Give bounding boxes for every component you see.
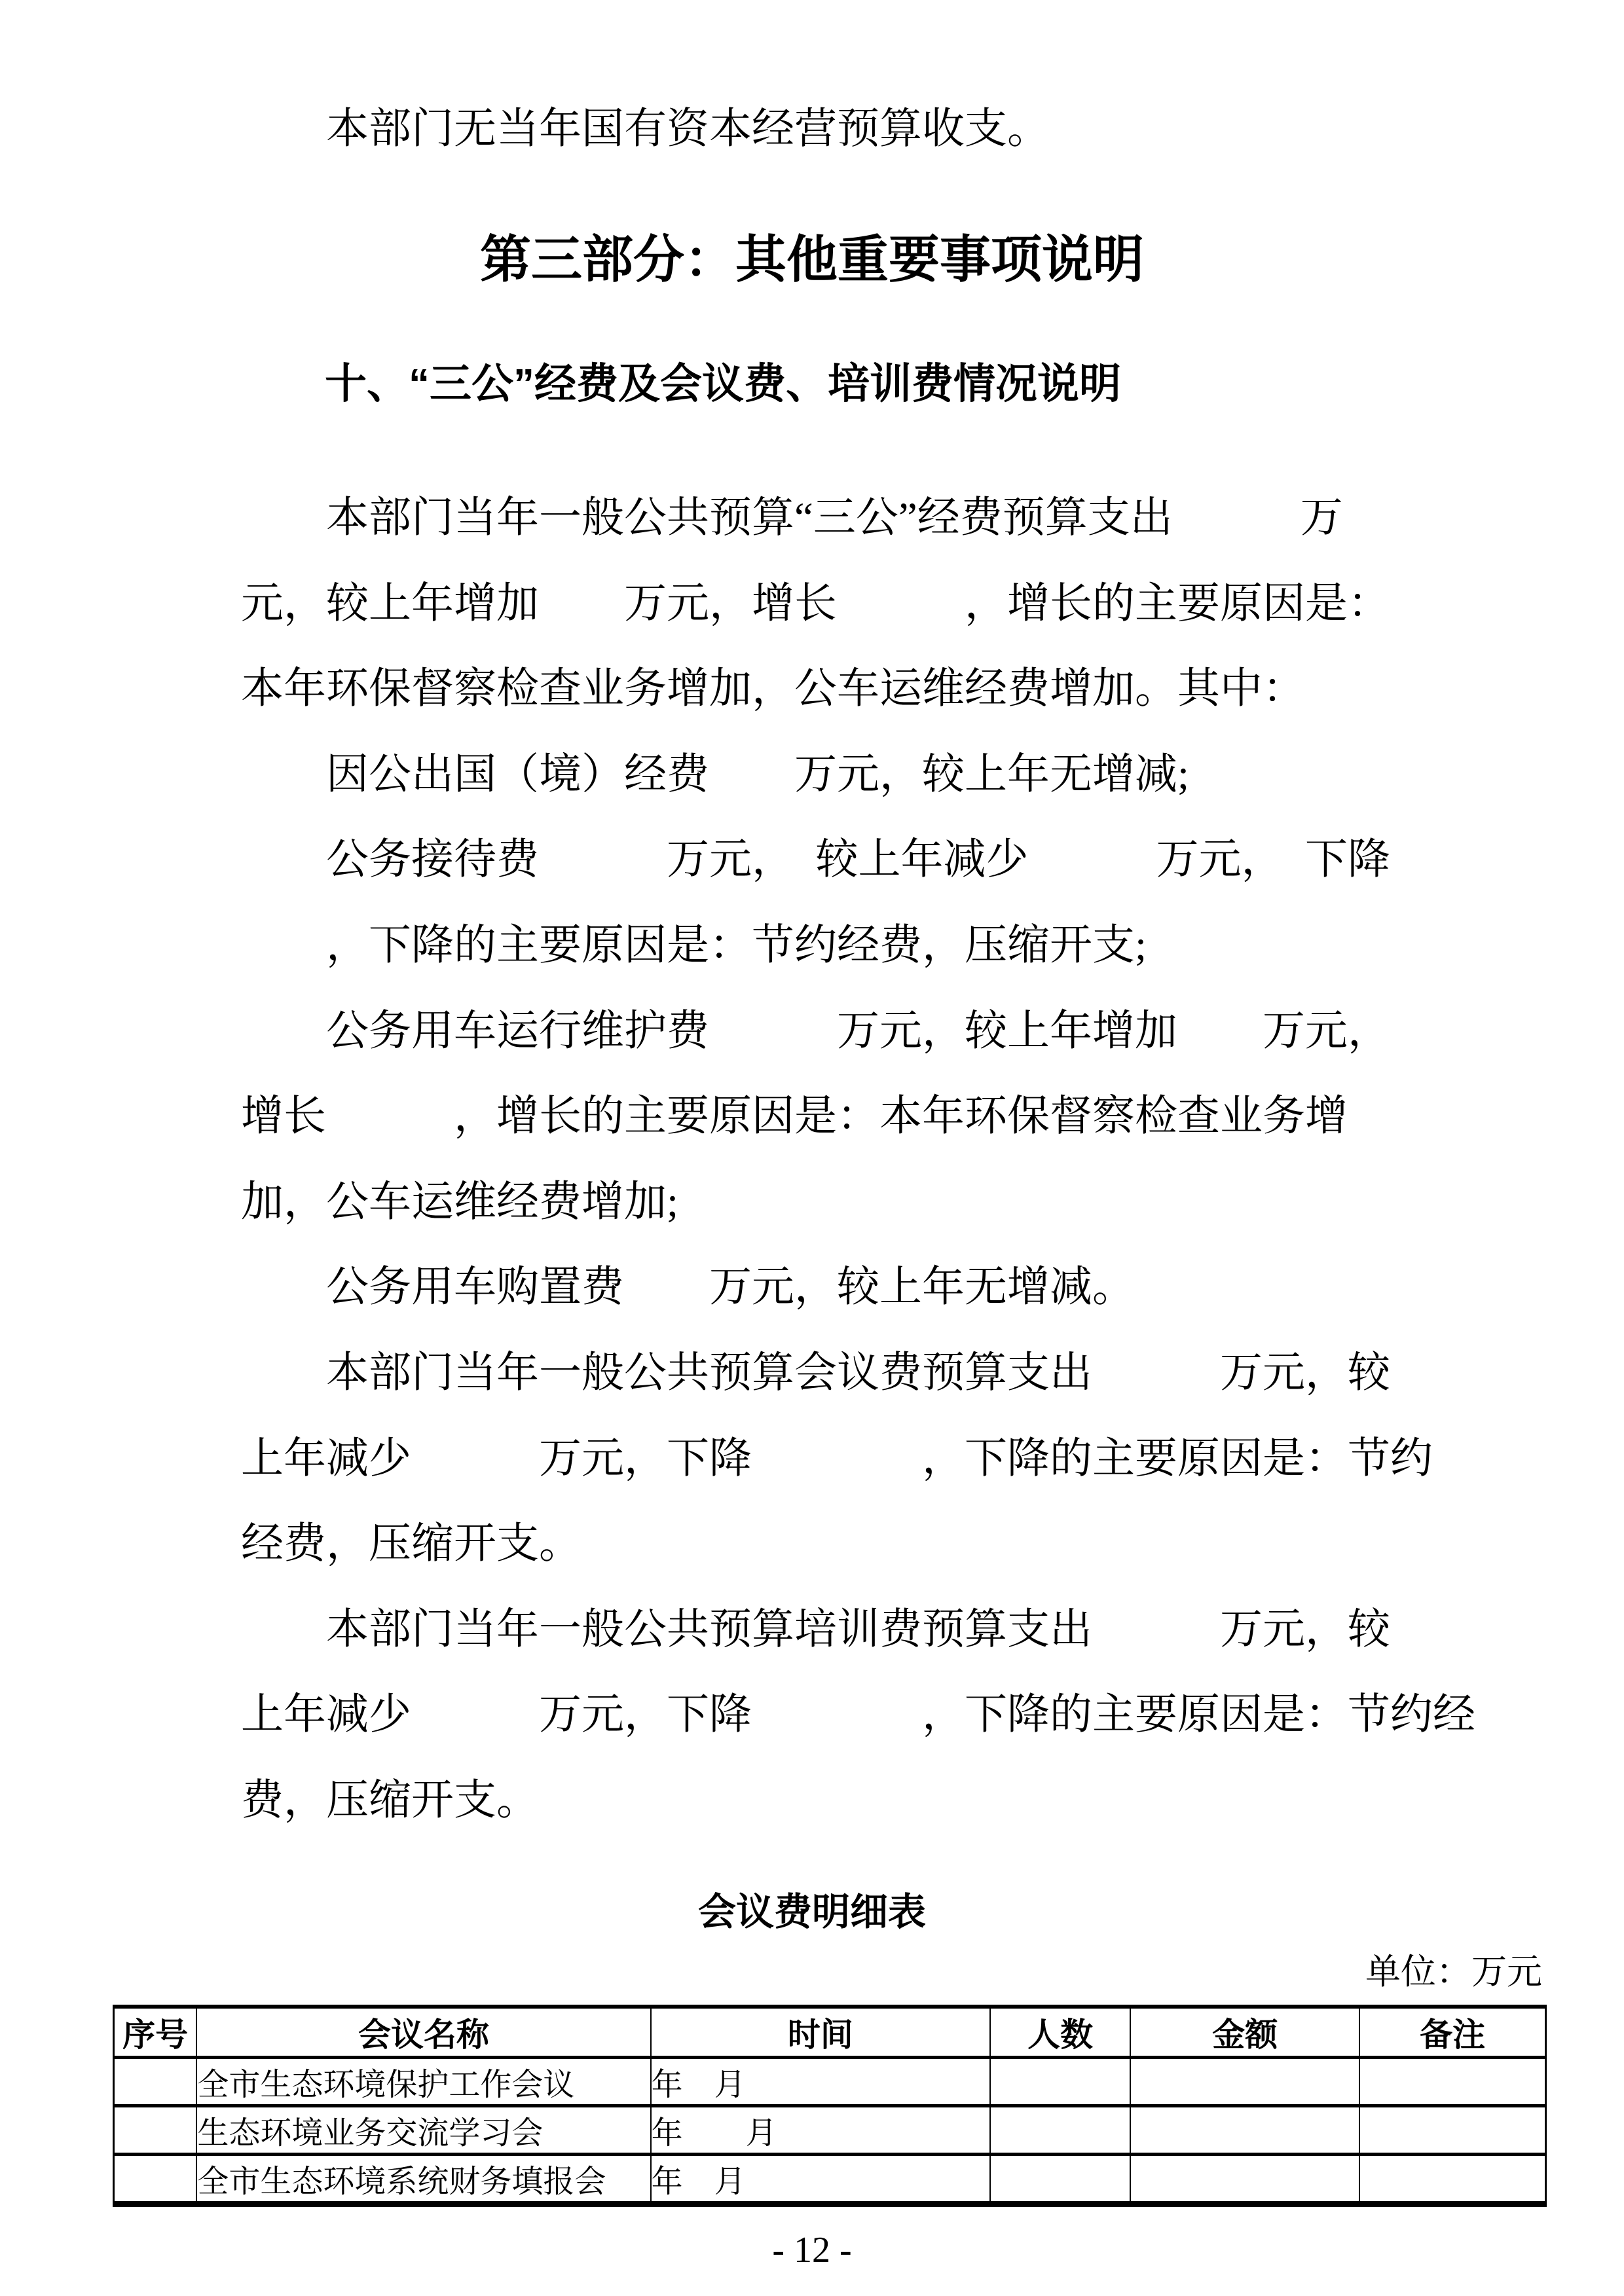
table-cell: [1130, 2155, 1359, 2204]
body-line: 本部门当年一般公共预算培训费预算支出 万元，较: [241, 1587, 1428, 1673]
table-header-cell: 人数: [990, 2007, 1130, 2058]
section-heading: 第三部分：其他重要事项说明: [0, 230, 1624, 289]
table-row: 生态环境业务交流学习会 年 月: [114, 2106, 1546, 2155]
table-header-cell: 时间: [651, 2007, 990, 2058]
body-line: ，下降的主要原因是：节约经费，压缩开支;: [241, 903, 1428, 989]
table-cell: [990, 2106, 1130, 2155]
body-text: 本部门当年一般公共预算“三公”经费预算支出 万 元，较上年增加 万元，增长 ，增…: [241, 475, 1428, 1844]
table-header-cell: 序号: [114, 2007, 197, 2058]
table-cell: [114, 2155, 197, 2204]
table-cell: 全市生态环境保护工作会议: [196, 2058, 650, 2106]
meeting-fee-table: 序号 会议名称 时间 人数 金额 备注 全市生态环境保护工作会议 年 月 生态环…: [113, 2005, 1547, 2207]
table-cell: [990, 2155, 1130, 2204]
body-line: 因公出国（境）经费 万元，较上年无增减;: [241, 732, 1428, 818]
body-line: 本年环保督察检查业务增加，公车运维经费增加。其中：: [241, 646, 1428, 732]
body-line: 增长 ，增长的主要原因是：本年环保督察检查业务增: [241, 1074, 1428, 1159]
table-cell: [1359, 2106, 1545, 2155]
body-line: 元，较上年增加 万元，增长 ，增长的主要原因是：: [241, 561, 1428, 647]
table-cell: [114, 2058, 197, 2106]
table-cell: [990, 2058, 1130, 2106]
table-cell: [1359, 2155, 1545, 2204]
table-cell: [1130, 2106, 1359, 2155]
table-cell: 生态环境业务交流学习会: [196, 2106, 650, 2155]
body-line: 经费，压缩开支。: [241, 1501, 1428, 1587]
table-header-cell: 备注: [1359, 2007, 1545, 2058]
sub-heading: 十、“三公”经费及会议费、培训费情况说明: [241, 359, 1414, 409]
body-line: 费，压缩开支。: [241, 1758, 1428, 1844]
table-cell: [1359, 2058, 1545, 2106]
table-cell: 年 月: [651, 2058, 990, 2106]
unit-label: 单位：万元: [1365, 1951, 1542, 1994]
page-number: - 12 -: [0, 2229, 1624, 2271]
table-header-cell: 会议名称: [196, 2007, 650, 2058]
body-line: 本部门当年一般公共预算会议费预算支出 万元，较: [241, 1330, 1428, 1416]
table-cell: 全市生态环境系统财务填报会: [196, 2155, 650, 2204]
table-row: 全市生态环境保护工作会议 年 月: [114, 2058, 1546, 2106]
intro-paragraph: 本部门无当年国有资本经营预算收支。: [241, 103, 1414, 155]
body-line: 上年减少 万元，下降 ，下降的主要原因是：节约经: [241, 1672, 1428, 1758]
table-cell: [1130, 2058, 1359, 2106]
body-line: 上年减少 万元，下降 ，下降的主要原因是：节约: [241, 1416, 1428, 1502]
table-cell: 年 月: [651, 2155, 990, 2204]
body-line: 本部门当年一般公共预算“三公”经费预算支出 万: [241, 475, 1428, 561]
table-row: 全市生态环境系统财务填报会 年 月: [114, 2155, 1546, 2204]
body-line: 加，公车运维经费增加;: [241, 1159, 1428, 1245]
body-line: 公务用车运行维护费 万元，较上年增加 万元，: [241, 989, 1428, 1074]
table-cell: [114, 2106, 197, 2155]
document-page: 本部门无当年国有资本经营预算收支。 第三部分：其他重要事项说明 十、“三公”经费…: [0, 0, 1624, 2296]
table-cell: 年 月: [651, 2106, 990, 2155]
meeting-fee-table-title: 会议费明细表: [0, 1889, 1624, 1935]
body-line: 公务接待费 万元， 较上年减少 万元， 下降: [241, 817, 1428, 903]
table-header-row: 序号 会议名称 时间 人数 金额 备注: [114, 2007, 1546, 2058]
table-header-cell: 金额: [1130, 2007, 1359, 2058]
body-line: 公务用车购置费 万元，较上年无增减。: [241, 1245, 1428, 1330]
